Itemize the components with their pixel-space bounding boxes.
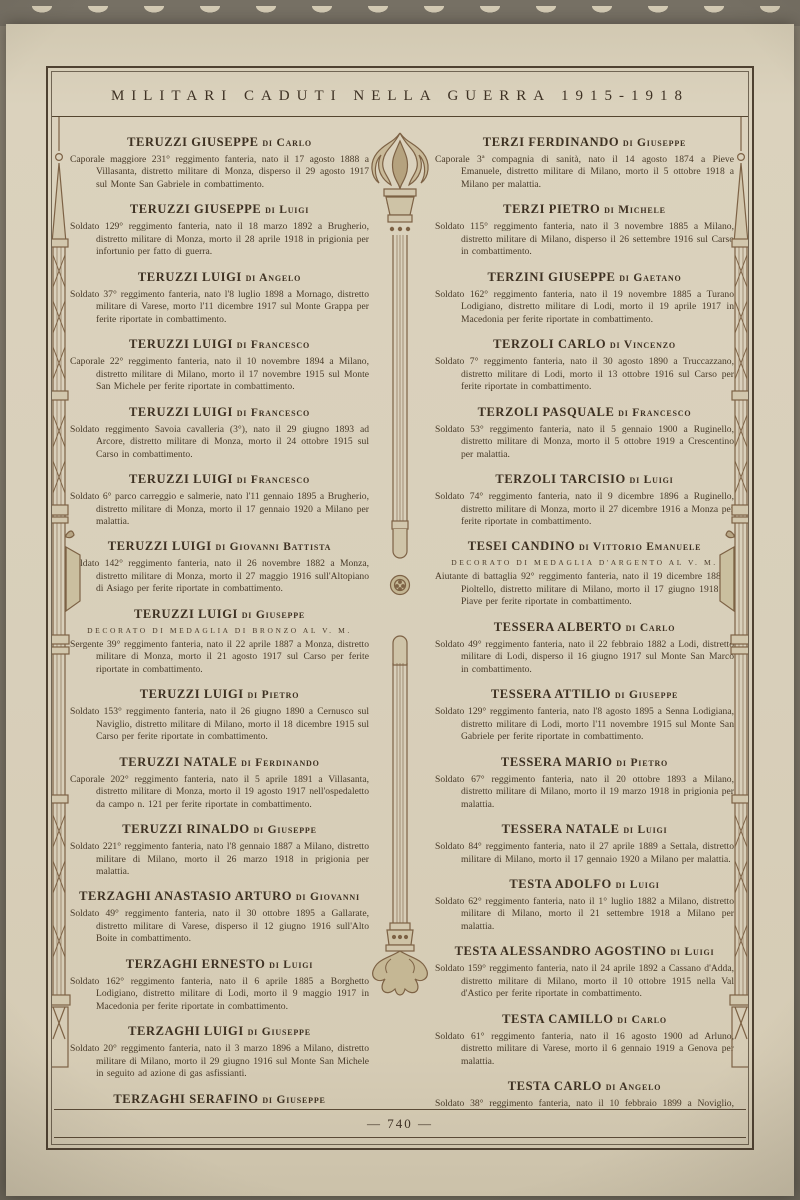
soldier-record: Soldato 20° reggimento fanteria, nato il… (70, 1043, 369, 1080)
soldier-name: TERUZZI GIUSEPPE di Carlo (70, 135, 369, 150)
soldier-name: TERZOLI PASQUALE di Francesco (435, 405, 734, 420)
soldier-record: Soldato 162° reggimento fanteria, nato i… (435, 289, 734, 326)
soldier-name: TESSERA NATALE di Luigi (435, 822, 734, 837)
soldier-name-main: TERUZZI LUIGI (129, 472, 233, 486)
soldier-record: Soldato 61° reggimento fanteria, nato il… (435, 1031, 734, 1068)
page-number: — 740 — (54, 1110, 746, 1137)
soldier-father-name: di Pietro (247, 689, 299, 701)
soldier-record: Soldato 129° reggimento fanteria, nato i… (70, 221, 369, 258)
soldier-father-name: di Michele (604, 204, 666, 216)
soldier-name-main: TERUZZI LUIGI (138, 270, 242, 284)
soldier-name: TERZAGHI ANASTASIO ARTURO di Giovanni (70, 889, 369, 904)
soldier-entry: TERUZZI LUIGI di Pietro Soldato 153° reg… (70, 687, 369, 743)
soldier-name: TERUZZI GIUSEPPE di Luigi (70, 202, 369, 217)
soldier-father-name: di Angelo (606, 1081, 662, 1093)
soldier-name-main: TERUZZI GIUSEPPE (127, 135, 259, 149)
soldier-record: Soldato 7° reggimento fanteria, nato il … (435, 356, 734, 393)
two-column-register: TERUZZI GIUSEPPE di Carlo Caporale maggi… (52, 117, 748, 1109)
soldier-record: Caporale 3ª compagnia di sanità, nato il… (435, 154, 734, 191)
soldier-father-name: di Giovanni (296, 891, 360, 903)
soldier-record: Soldato 153° reggimento fanteria, nato i… (70, 706, 369, 743)
soldier-entry: TESSERA NATALE di Luigi Soldato 84° regg… (435, 822, 734, 866)
soldier-name-main: TERZAGHI ANASTASIO ARTURO (79, 889, 292, 903)
soldier-name-main: TERUZZI LUIGI (134, 607, 238, 621)
soldier-record: Caporale 22° reggimento fanteria, nato i… (70, 356, 369, 393)
soldier-father-name: di Angelo (246, 272, 302, 284)
soldier-record: Soldato 37° reggimento fanteria, nato l'… (70, 289, 369, 326)
soldier-name-main: TESSERA MARIO (501, 755, 613, 769)
soldier-record: Soldato 115° reggimento fanteria, nato i… (435, 221, 734, 258)
soldier-record: Soldato 67° reggimento fanteria, nato il… (435, 774, 734, 811)
soldier-father-name: di Giuseppe (262, 1094, 325, 1106)
soldier-entry: TERZAGHI SERAFINO di Giuseppe Soldato 24… (70, 1092, 369, 1109)
soldier-entry: TESTA CARLO di Angelo Soldato 38° reggim… (435, 1079, 734, 1109)
soldier-record: Sergente 39° reggimento fanteria, nato i… (70, 639, 369, 676)
decoration-line: DECORATO DI MEDAGLIA DI BRONZO AL V. M. (70, 626, 369, 635)
soldier-entry: TERUZZI GIUSEPPE di Luigi Soldato 129° r… (70, 202, 369, 258)
soldier-name: TERUZZI NATALE di Ferdinando (70, 755, 369, 770)
soldier-entry: TERZI FERDINANDO di Giuseppe Caporale 3ª… (435, 135, 734, 191)
decoration-line: DECORATO DI MEDAGLIA D'ARGENTO AL V. M. (435, 558, 734, 567)
soldier-name-main: TERUZZI LUIGI (129, 337, 233, 351)
soldier-father-name: di Vittorio Emanuele (579, 541, 701, 553)
soldier-entry: TERUZZI LUIGI di Francesco Caporale 22° … (70, 337, 369, 393)
soldier-entry: TESSERA ATTILIO di Giuseppe Soldato 129°… (435, 687, 734, 743)
soldier-entry: TESTA CAMILLO di Carlo Soldato 61° reggi… (435, 1012, 734, 1068)
soldier-name-main: TERUZZI LUIGI (129, 405, 233, 419)
soldier-name: TESSERA ATTILIO di Giuseppe (435, 687, 734, 702)
soldier-entry: TERUZZI LUIGI di Giuseppe DECORATO DI ME… (70, 607, 369, 676)
soldier-name: TERUZZI LUIGI di Angelo (70, 270, 369, 285)
soldier-name: TESSERA MARIO di Pietro (435, 755, 734, 770)
soldier-father-name: di Francesco (237, 474, 310, 486)
soldier-entry: TERUZZI LUIGI di Giovanni Battista Solda… (70, 539, 369, 595)
soldier-entry: TERUZZI LUIGI di Francesco Soldato 6° pa… (70, 472, 369, 528)
soldier-name-main: TERUZZI LUIGI (108, 539, 212, 553)
soldier-name-main: TESTA ADOLFO (509, 877, 611, 891)
soldier-name-main: TESSERA ATTILIO (491, 687, 611, 701)
soldier-record: Soldato 49° reggimento fanteria, nato il… (70, 908, 369, 945)
soldier-record: Soldato 49° reggimento fanteria, nato il… (435, 639, 734, 676)
soldier-father-name: di Giuseppe (242, 609, 305, 621)
soldier-father-name: di Ferdinando (241, 757, 320, 769)
soldier-name-main: TESTA CARLO (508, 1079, 602, 1093)
soldier-father-name: di Gaetano (619, 272, 681, 284)
soldier-entry: TERZI PIETRO di Michele Soldato 115° reg… (435, 202, 734, 258)
soldier-name: TERZAGHI SERAFINO di Giuseppe (70, 1092, 369, 1107)
soldier-entry: TERUZZI RINALDO di Giuseppe Soldato 221°… (70, 822, 369, 878)
soldier-entry: TERZAGHI ANASTASIO ARTURO di Giovanni So… (70, 889, 369, 945)
soldier-entry: TERUZZI GIUSEPPE di Carlo Caporale maggi… (70, 135, 369, 191)
soldier-father-name: di Vincenzo (610, 339, 676, 351)
soldier-entry: TESSERA MARIO di Pietro Soldato 67° regg… (435, 755, 734, 811)
soldier-record: Soldato 142° reggimento fanteria, nato i… (70, 558, 369, 595)
soldier-name-main: TESTA ALESSANDRO AGOSTINO (455, 944, 667, 958)
right-column: TERZI FERDINANDO di Giuseppe Caporale 3ª… (435, 135, 734, 1109)
soldier-name: TERUZZI RINALDO di Giuseppe (70, 822, 369, 837)
soldier-name-main: TERZINI GIUSEPPE (487, 270, 615, 284)
soldier-name-main: TERZOLI PASQUALE (478, 405, 615, 419)
soldier-name-main: TERZOLI CARLO (493, 337, 606, 351)
soldier-father-name: di Luigi (623, 824, 667, 836)
soldier-name: TESTA CAMILLO di Carlo (435, 1012, 734, 1027)
soldier-name: TERZOLI CARLO di Vincenzo (435, 337, 734, 352)
soldier-father-name: di Giuseppe (623, 137, 686, 149)
soldier-father-name: di Pietro (616, 757, 668, 769)
photo-background: MILITARI CADUTI NELLA GUERRA 1915-1918 (0, 0, 800, 1200)
soldier-entry: TESSERA ALBERTO di Carlo Soldato 49° reg… (435, 620, 734, 676)
soldier-record: Soldato 74° reggimento fanteria, nato il… (435, 491, 734, 528)
soldier-father-name: di Giuseppe (248, 1026, 311, 1038)
soldier-record: Soldato 84° reggimento fanteria, nato il… (435, 841, 734, 866)
soldier-name-main: TERZI PIETRO (503, 202, 600, 216)
soldier-record: Caporale 202° reggimento fanteria, nato … (70, 774, 369, 811)
torch-column-ornament-icon (367, 123, 433, 1053)
soldier-name: TERZI FERDINANDO di Giuseppe (435, 135, 734, 150)
soldier-record: Soldato 6° parco carreggio e salmerie, n… (70, 491, 369, 528)
soldier-name-main: TERUZZI RINALDO (122, 822, 249, 836)
soldier-name: TESEI CANDINO di Vittorio Emanuele (435, 539, 734, 554)
soldier-record: Soldato 159° reggimento fanteria, nato i… (435, 963, 734, 1000)
soldier-name-main: TERZOLI TARCISIO (495, 472, 625, 486)
soldier-name-main: TERUZZI GIUSEPPE (130, 202, 262, 216)
soldier-name-main: TERZAGHI ERNESTO (126, 957, 266, 971)
soldier-entry: TERZAGHI ERNESTO di Luigi Soldato 162° r… (70, 957, 369, 1013)
soldier-father-name: di Carlo (617, 1014, 667, 1026)
soldier-father-name: di Luigi (616, 879, 660, 891)
soldier-name: TERUZZI LUIGI di Giovanni Battista (70, 539, 369, 554)
soldier-name: TESSERA ALBERTO di Carlo (435, 620, 734, 635)
soldier-entry: TERUZZI LUIGI di Angelo Soldato 37° regg… (70, 270, 369, 326)
left-column: TERUZZI GIUSEPPE di Carlo Caporale maggi… (70, 135, 369, 1109)
soldier-name: TERUZZI LUIGI di Pietro (70, 687, 369, 702)
soldier-entry: TERZOLI PASQUALE di Francesco Soldato 53… (435, 405, 734, 461)
soldier-entry: TERUZZI LUIGI di Francesco Soldato reggi… (70, 405, 369, 461)
soldier-entry: TERUZZI NATALE di Ferdinando Caporale 20… (70, 755, 369, 811)
soldier-entry: TESTA ALESSANDRO AGOSTINO di Luigi Solda… (435, 944, 734, 1000)
soldier-father-name: di Giuseppe (615, 689, 678, 701)
soldier-record: Soldato 38° reggimento fanteria, nato il… (435, 1098, 734, 1109)
soldier-record: Soldato reggimento Savoia cavalleria (3°… (70, 424, 369, 461)
page-footer: — 740 — (52, 1109, 748, 1144)
soldier-entry: TESEI CANDINO di Vittorio Emanuele DECOR… (435, 539, 734, 608)
soldier-father-name: di Giovanni Battista (216, 541, 332, 553)
soldier-record: Aiutante di battaglia 92° reggimento fan… (435, 571, 734, 608)
soldier-record: Soldato 221° reggimento fanteria, nato l… (70, 841, 369, 878)
soldier-record: Caporale maggiore 231° reggimento fanter… (70, 154, 369, 191)
soldier-record: Soldato 62° reggimento fanteria, nato il… (435, 896, 734, 933)
soldier-name: TERUZZI LUIGI di Francesco (70, 472, 369, 487)
soldier-father-name: di Francesco (237, 407, 310, 419)
soldier-name-main: TERUZZI NATALE (119, 755, 237, 769)
soldier-record: Soldato 53° reggimento fanteria, nato il… (435, 424, 734, 461)
page-deckle-edge (0, 0, 800, 26)
soldier-name-main: TESSERA NATALE (502, 822, 620, 836)
soldier-name-main: TERZAGHI SERAFINO (113, 1092, 258, 1106)
page-title: MILITARI CADUTI NELLA GUERRA 1915-1918 (52, 88, 748, 105)
soldier-name-main: TESEI CANDINO (468, 539, 575, 553)
soldier-name-main: TERUZZI LUIGI (140, 687, 244, 701)
soldier-record: Soldato 162° reggimento fanteria, nato i… (70, 976, 369, 1013)
soldier-name: TERZAGHI ERNESTO di Luigi (70, 957, 369, 972)
soldier-entry: TERZOLI TARCISIO di Luigi Soldato 74° re… (435, 472, 734, 528)
soldier-entry: TERZOLI CARLO di Vincenzo Soldato 7° reg… (435, 337, 734, 393)
soldier-name-main: TERZI FERDINANDO (483, 135, 619, 149)
soldier-name-main: TERZAGHI LUIGI (128, 1024, 244, 1038)
soldier-father-name: di Francesco (237, 339, 310, 351)
soldier-father-name: di Luigi (630, 474, 674, 486)
soldier-name: TERZAGHI LUIGI di Giuseppe (70, 1024, 369, 1039)
soldier-name: TERUZZI LUIGI di Francesco (70, 337, 369, 352)
soldier-father-name: di Carlo (262, 137, 312, 149)
soldier-name: TESTA ADOLFO di Luigi (435, 877, 734, 892)
soldier-name: TESTA CARLO di Angelo (435, 1079, 734, 1094)
soldier-entry: TERZINI GIUSEPPE di Gaetano Soldato 162°… (435, 270, 734, 326)
book-page: MILITARI CADUTI NELLA GUERRA 1915-1918 (6, 24, 794, 1196)
soldier-father-name: di Francesco (618, 407, 691, 419)
soldier-father-name: di Luigi (269, 959, 313, 971)
page-frame-outer: MILITARI CADUTI NELLA GUERRA 1915-1918 (46, 66, 754, 1150)
soldier-name: TERUZZI LUIGI di Francesco (70, 405, 369, 420)
soldier-father-name: di Carlo (626, 622, 676, 634)
footer-rule-bottom (54, 1137, 746, 1138)
soldier-name-main: TESTA CAMILLO (502, 1012, 613, 1026)
soldier-entry: TESTA ADOLFO di Luigi Soldato 62° reggim… (435, 877, 734, 933)
soldier-name: TERZOLI TARCISIO di Luigi (435, 472, 734, 487)
soldier-name: TERUZZI LUIGI di Giuseppe (70, 607, 369, 622)
page-frame-inner: MILITARI CADUTI NELLA GUERRA 1915-1918 (51, 71, 749, 1145)
soldier-father-name: di Luigi (670, 946, 714, 958)
soldier-father-name: di Giuseppe (253, 824, 316, 836)
soldier-father-name: di Luigi (265, 204, 309, 216)
soldier-entry: TERZAGHI LUIGI di Giuseppe Soldato 20° r… (70, 1024, 369, 1080)
soldier-name-main: TESSERA ALBERTO (494, 620, 622, 634)
soldier-name: TERZINI GIUSEPPE di Gaetano (435, 270, 734, 285)
soldier-name: TESTA ALESSANDRO AGOSTINO di Luigi (435, 944, 734, 959)
soldier-name: TERZI PIETRO di Michele (435, 202, 734, 217)
soldier-record: Soldato 129° reggimento fanteria, nato l… (435, 706, 734, 743)
